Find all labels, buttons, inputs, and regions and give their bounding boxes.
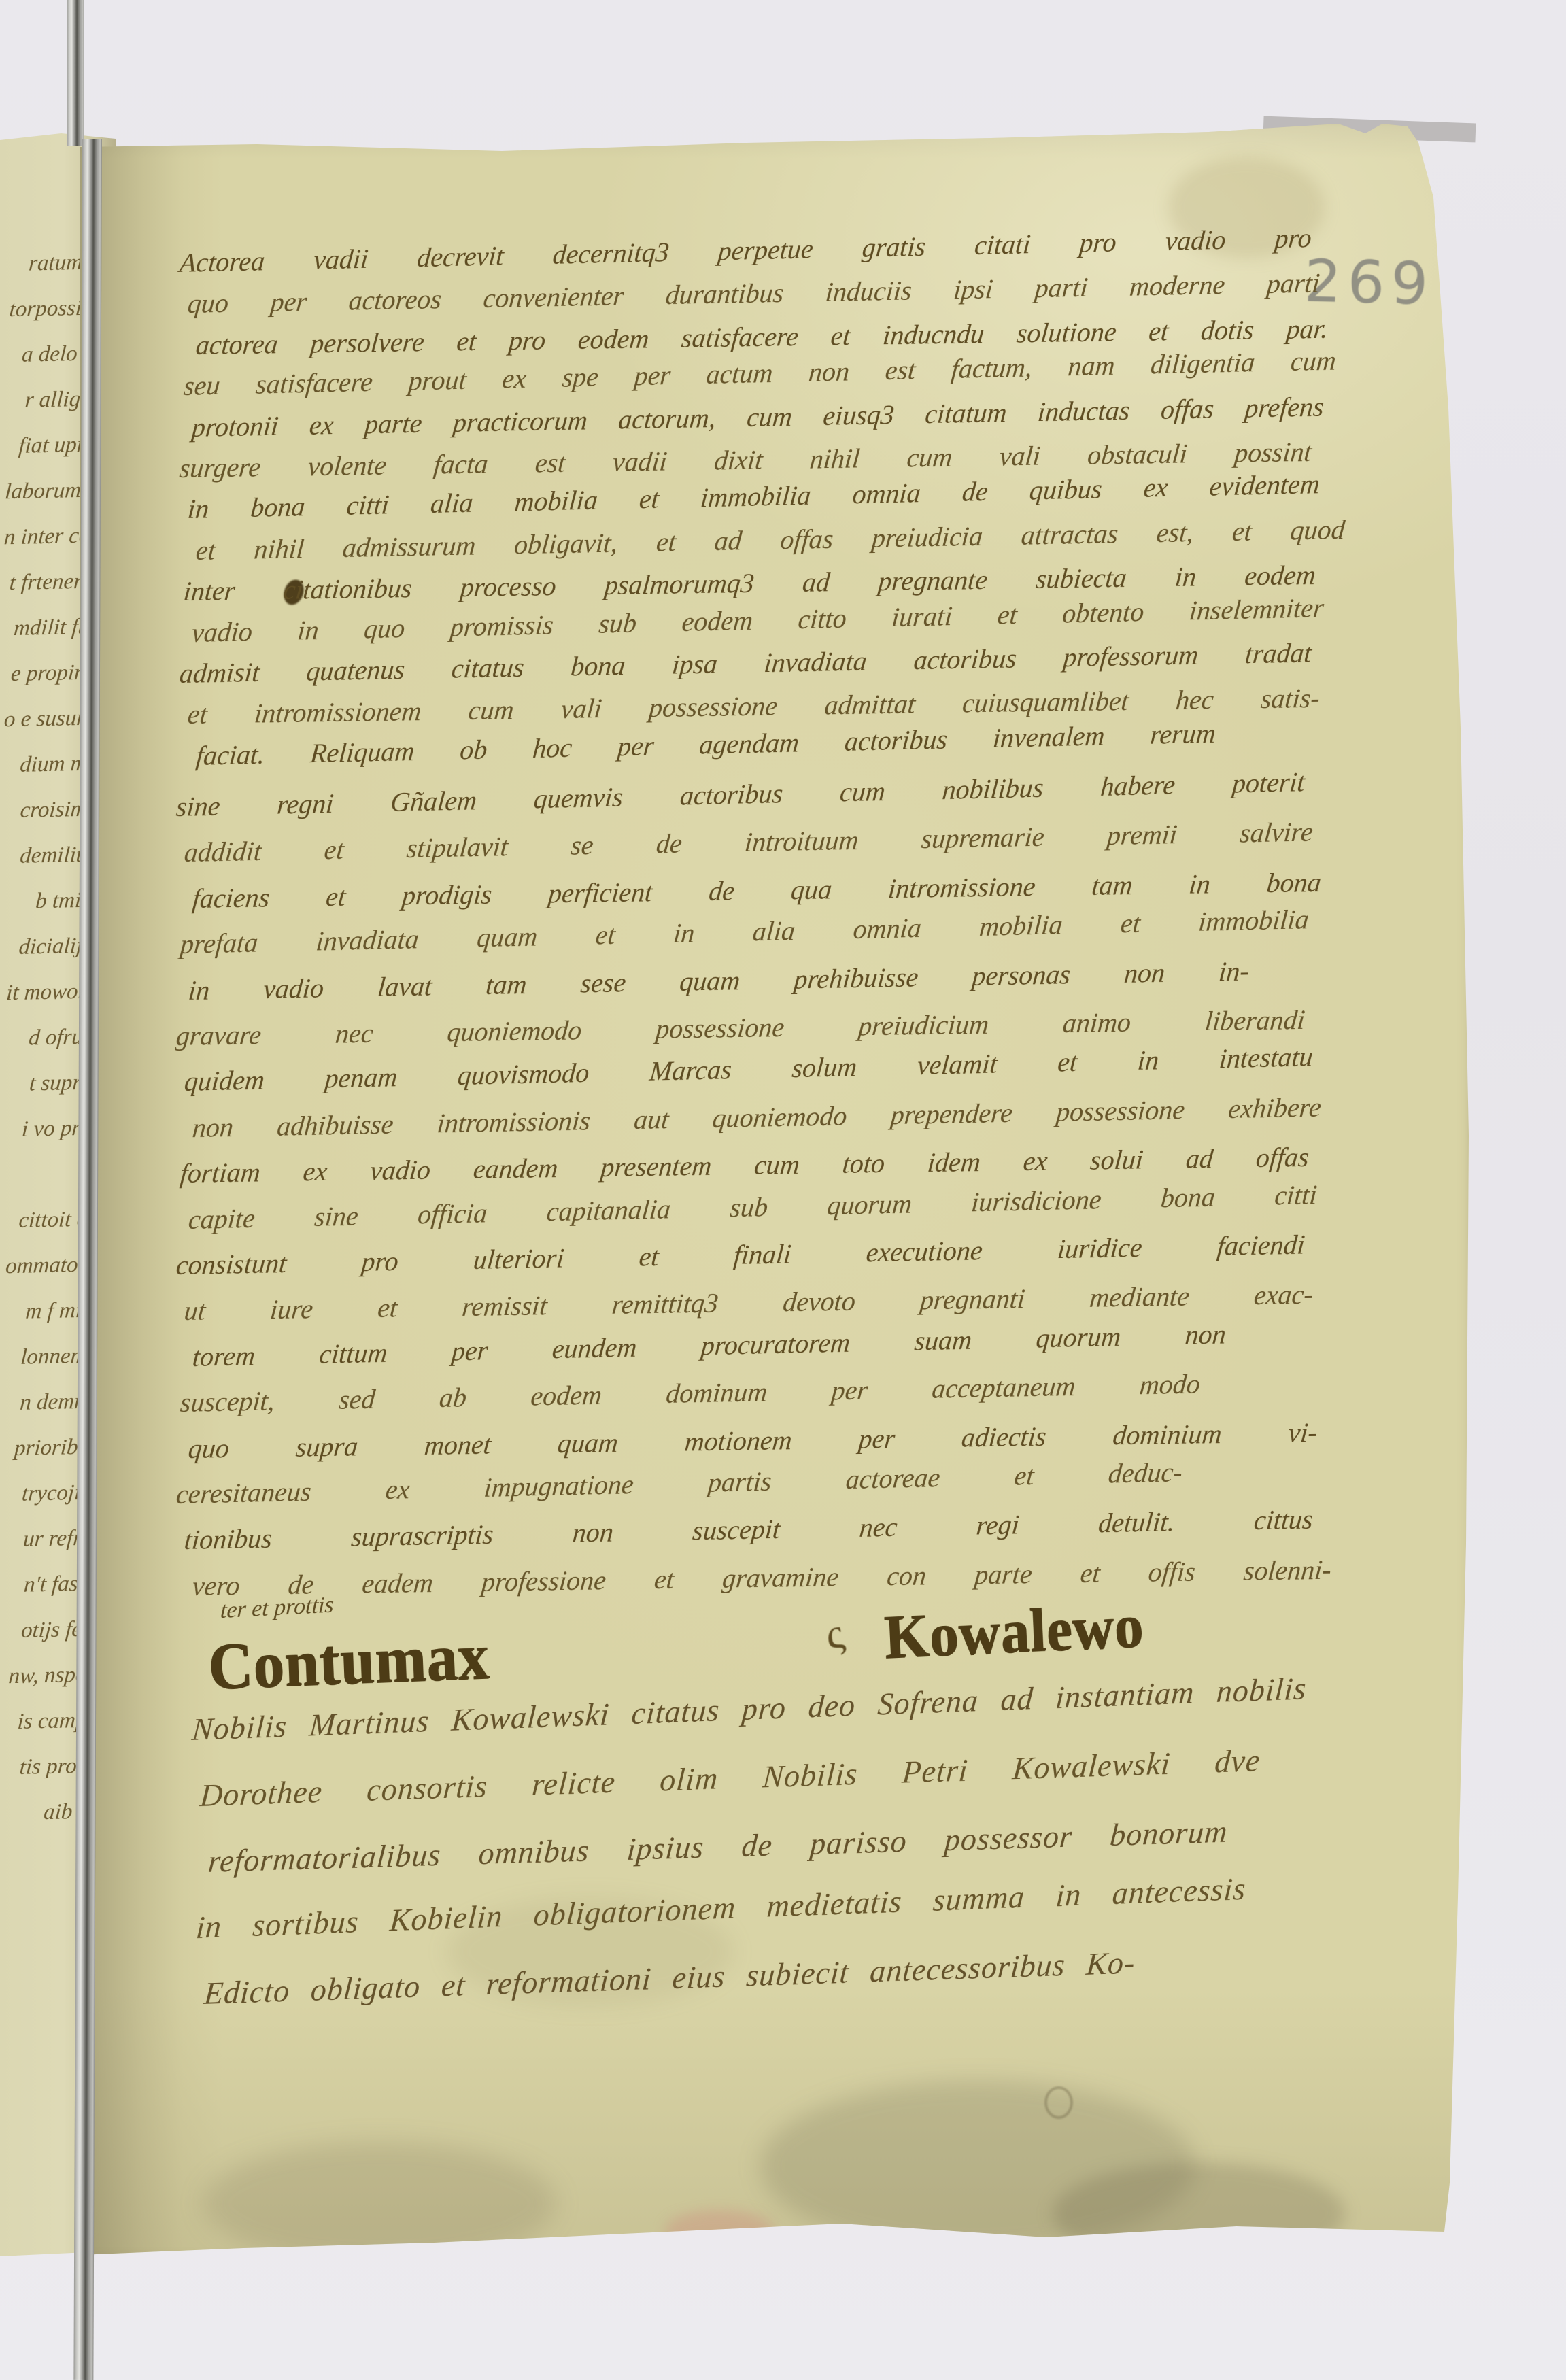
manuscript-page: 269 Actorea vadii decrevit decernitq3 pe… (80, 116, 1476, 2268)
scan-background: ratum etorpossitea delo frr alligatfiat … (0, 0, 1566, 2380)
page-edge-shading (80, 116, 1476, 2268)
clamp-rod-upper (67, 0, 84, 146)
